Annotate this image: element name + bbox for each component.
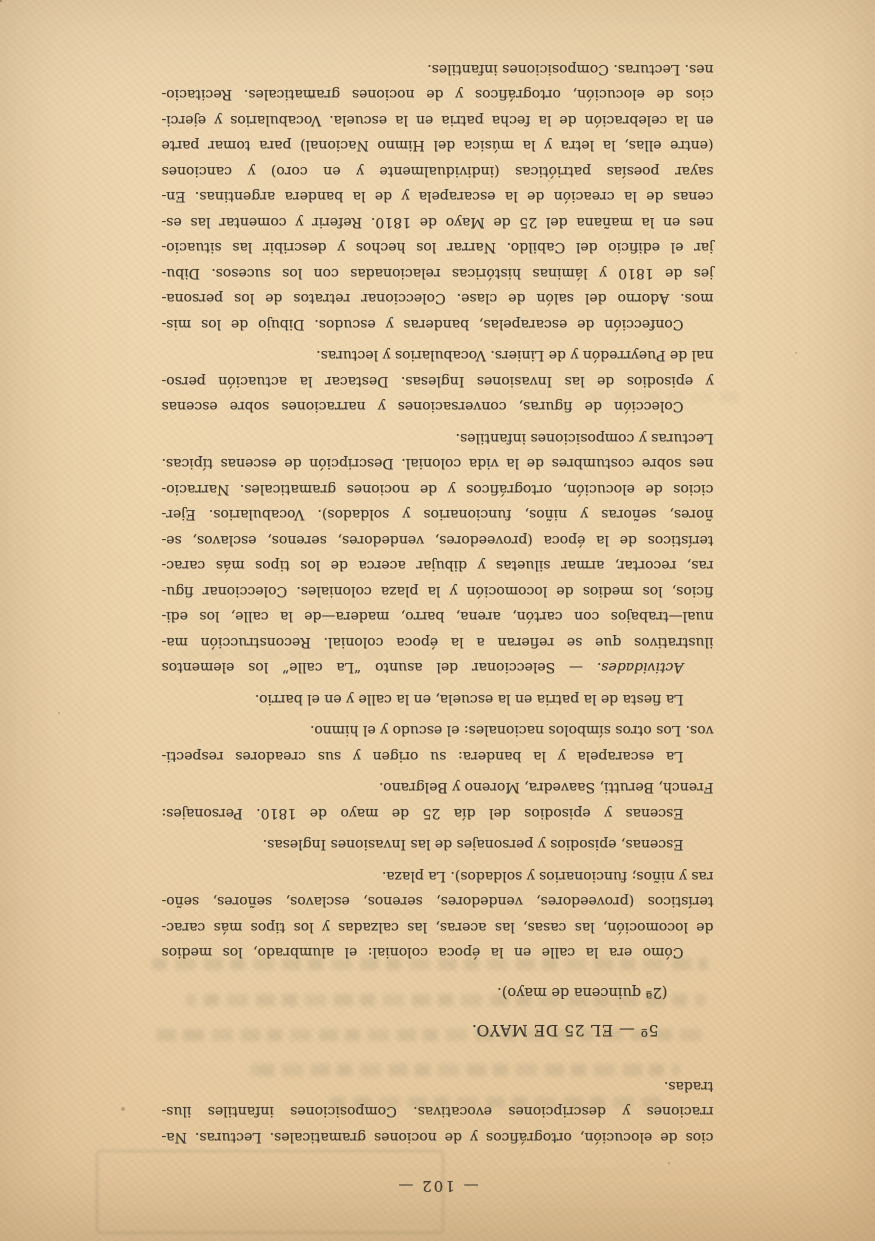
text-line: La escarapela y la bandera: su origen y … [162,743,714,769]
text-line: jes de 1810 y láminas históricas relacio… [162,260,714,286]
text-line: terísticos de la época (proveedores, ven… [162,527,714,553]
text-line: Actividades. — Seleccionar del asunto “L… [162,654,714,680]
paragraph: cios de elocución, ortográficos y de noc… [162,1073,714,1150]
text-line: Cómo era la calle en la época colonial: … [162,939,714,965]
text-line: sayar poesías patrióticas (individualmen… [162,158,714,184]
section-subheading: (2ª quincena de mayo). [162,979,714,1005]
text-line: Escenas, episodios y personajes de las I… [162,831,714,857]
text-line: (entre ellas, la letra y la música del H… [162,132,714,158]
text-line: nes. Lecturas. Composiciones infantiles. [162,56,714,82]
paragraph: Actividades. — Seleccionar del asunto “L… [162,425,714,680]
text-line: rraciones y descripciones evocativas. Co… [162,1098,714,1124]
paragraph: Escenas, episodios y personajes de las I… [162,831,714,857]
text-line: cios de elocución, ortográficos y de noc… [162,81,714,107]
text-line: vos. Los otros símbolos nacionales: el e… [162,717,714,743]
text-line: ñores, señoras y niños, funcionarios y s… [162,501,714,527]
text-line: nes en la mañana del 25 de Mayo de 1810.… [162,209,714,235]
text-line: ras, recortar, armar siluetas y dibujar … [162,552,714,578]
text-line: cios de elocución, ortográficos y de noc… [162,1124,714,1150]
text-line: La fiesta de la patria en la escuela, en… [162,686,714,712]
text-line: jar el edificio del Cabildo. Narrar los … [162,234,714,260]
text-line: ficios, los medios de locomoción y la pl… [162,578,714,604]
paragraph: Confección de escarapelas, banderas y es… [162,56,714,337]
text-line: de locomoción, las casas, las aceras, la… [162,914,714,940]
text-line: nual—trabajos con cartón, arena, barro, … [162,603,714,629]
text-column: cios de elocución, ortográficos y de noc… [162,56,714,1150]
text-line: terísticos (proveedores, vendedores, ser… [162,888,714,914]
page-content-rotated: — 102 — cios de elocución, ortográficos … [0,0,875,1241]
text-line: cicios de elocución, ortográficos y de n… [162,476,714,502]
text-line: tradas. [162,1073,714,1099]
text-line: ilustrativos que se refieran a la época … [162,629,714,655]
text-line: ras y niños; funcionarios y soldados). L… [162,863,714,889]
paragraph: La escarapela y la bandera: su origen y … [162,717,714,768]
page-number: — 102 — [0,1177,875,1195]
section-heading: 5º — EL 25 DE MAYO. [162,1017,714,1043]
text-line: nal de Pueyrredón y de Liniers. Vocabula… [162,342,714,368]
paragraph: Cómo era la calle en la época colonial: … [162,863,714,965]
text-line: Colección de figuras, conversaciones y n… [162,393,714,419]
paragraph: Colección de figuras, conversaciones y n… [162,342,714,419]
text-line: nes sobre costumbres de la vida colonial… [162,450,714,476]
text-line: French, Berutti, Saavedra, Moreno y Belg… [162,774,714,800]
text-line: en la celebración de la fecha patria en … [162,107,714,133]
text-line: cenas de la creación de la escarapela y … [162,183,714,209]
text-line: Escenas y episodios del día 25 de mayo d… [162,800,714,826]
paragraph: La fiesta de la patria en la escuela, en… [162,686,714,712]
text-line: Confección de escarapelas, banderas y es… [162,311,714,337]
text-line: y episodios de las Invasiones Inglesas. … [162,368,714,394]
text-line: mos. Adorno del salón de clase. Coleccio… [162,285,714,311]
scanned-page: — 102 — cios de elocución, ortográficos … [0,0,875,1241]
italic-lead: Actividades. [597,660,684,676]
text-line: Lecturas y composiciones infantiles. [162,425,714,451]
paragraph: Escenas y episodios del día 25 de mayo d… [162,774,714,825]
